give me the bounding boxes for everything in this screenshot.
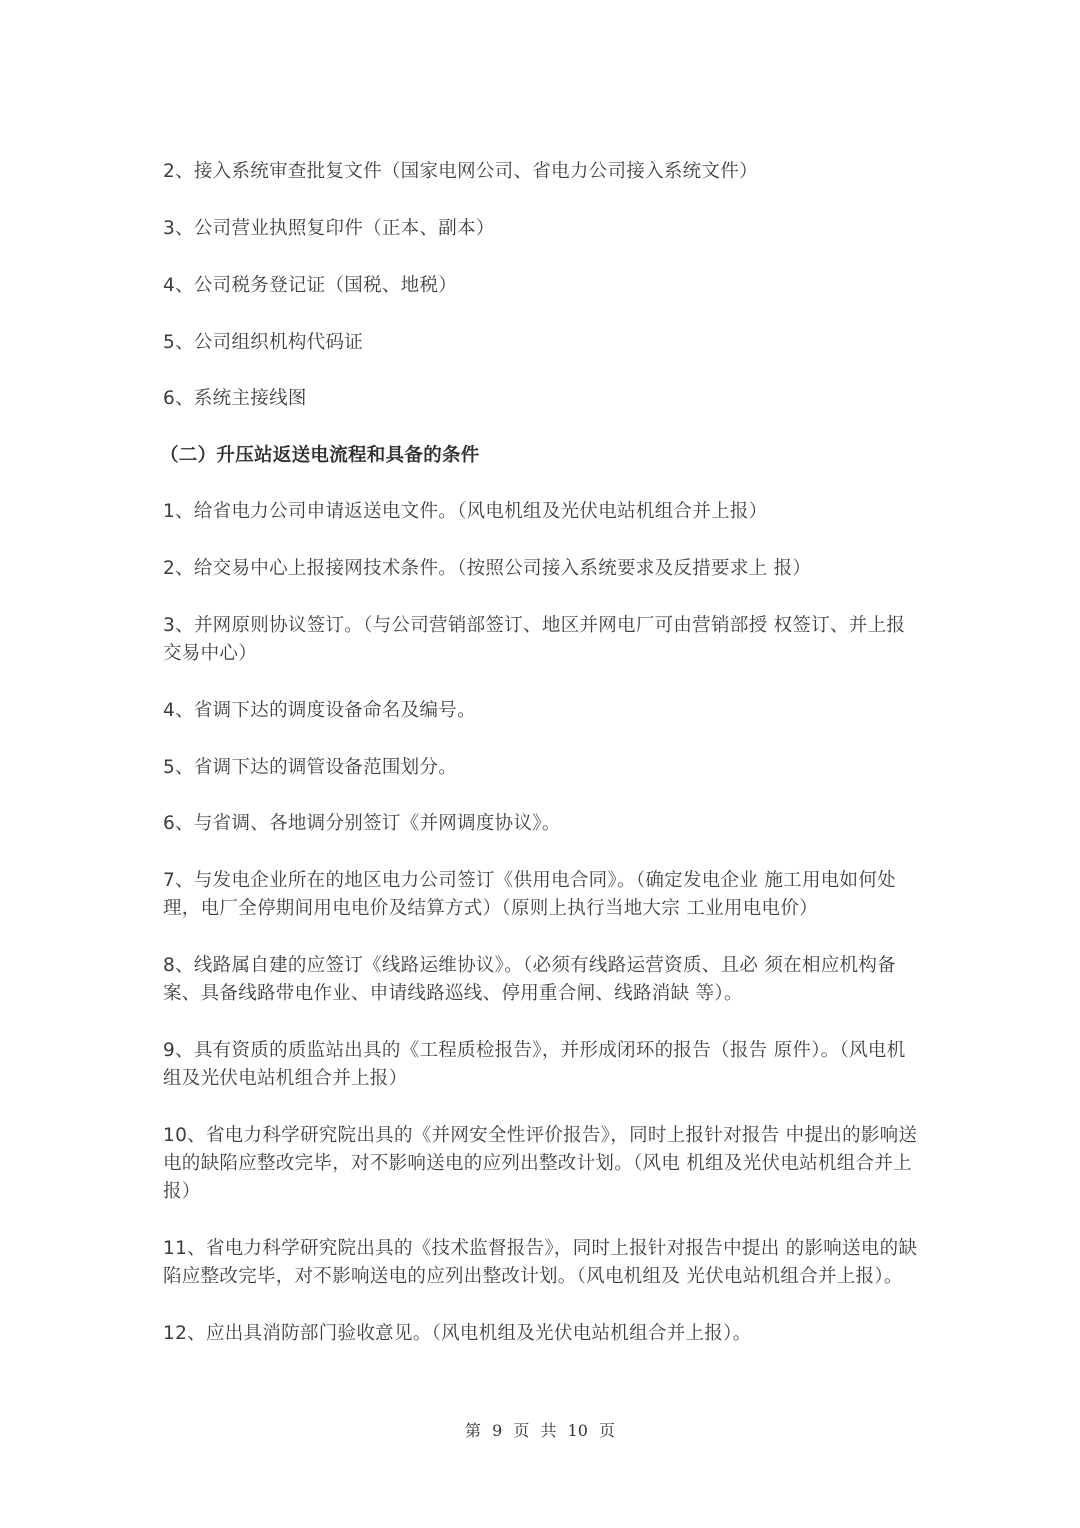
list-item: 1、给省电力公司申请返送电文件。（风电机组及光伏电站机组合并上报） xyxy=(163,498,923,526)
list-item: 9、具有资质的质监站出具的《工程质检报告》，并形成闭环的报告（报告 原件）。（风… xyxy=(163,1037,923,1093)
list-item: 2、接入系统审查批复文件（国家电网公司、省电力公司接入系统文件） xyxy=(163,158,923,186)
section-heading: （二）升压站返送电流程和具备的条件 xyxy=(160,442,920,470)
list-item: 3、并网原则协议签订。（与公司营销部签订、地区并网电厂可由营销部授 权签订、并上… xyxy=(163,612,923,668)
list-item: 4、公司税务登记证（国税、地税） xyxy=(163,272,923,300)
list-item: 12、应出具消防部门验收意见。（风电机组及光伏电站机组合并上报）。 xyxy=(163,1320,923,1348)
list-item: 11、省电力科学研究院出具的《技术监督报告》，同时上报针对报告中提出 的影响送电… xyxy=(163,1235,923,1291)
list-item: 7、与发电企业所在的地区电力公司签订《供用电合同》。（确定发电企业 施工用电如何… xyxy=(163,867,923,923)
list-item: 2、给交易中心上报接网技术条件。（按照公司接入系统要求及反措要求上 报） xyxy=(163,555,923,583)
list-item: 6、与省调、各地调分别签订《并网调度协议》。 xyxy=(163,810,923,838)
list-item: 6、系统主接线图 xyxy=(163,385,923,413)
list-item: 3、公司营业执照复印件（正本、副本） xyxy=(163,215,923,243)
document-page: 2、接入系统审查批复文件（国家电网公司、省电力公司接入系统文件） 3、公司营业执… xyxy=(0,0,1080,1528)
list-item: 8、线路属自建的应签订《线路运维协议》。（必须有线路运营资质、且必 须在相应机构… xyxy=(163,952,923,1008)
list-item: 5、公司组织机构代码证 xyxy=(163,329,923,357)
list-item: 5、省调下达的调管设备范围划分。 xyxy=(163,754,923,782)
list-item: 4、省调下达的调度设备命名及编号。 xyxy=(163,697,923,725)
list-item: 10、省电力科学研究院出具的《并网安全性评价报告》，同时上报针对报告 中提出的影… xyxy=(163,1122,923,1206)
page-number-footer: 第 9 页 共 10 页 xyxy=(0,1418,1080,1441)
